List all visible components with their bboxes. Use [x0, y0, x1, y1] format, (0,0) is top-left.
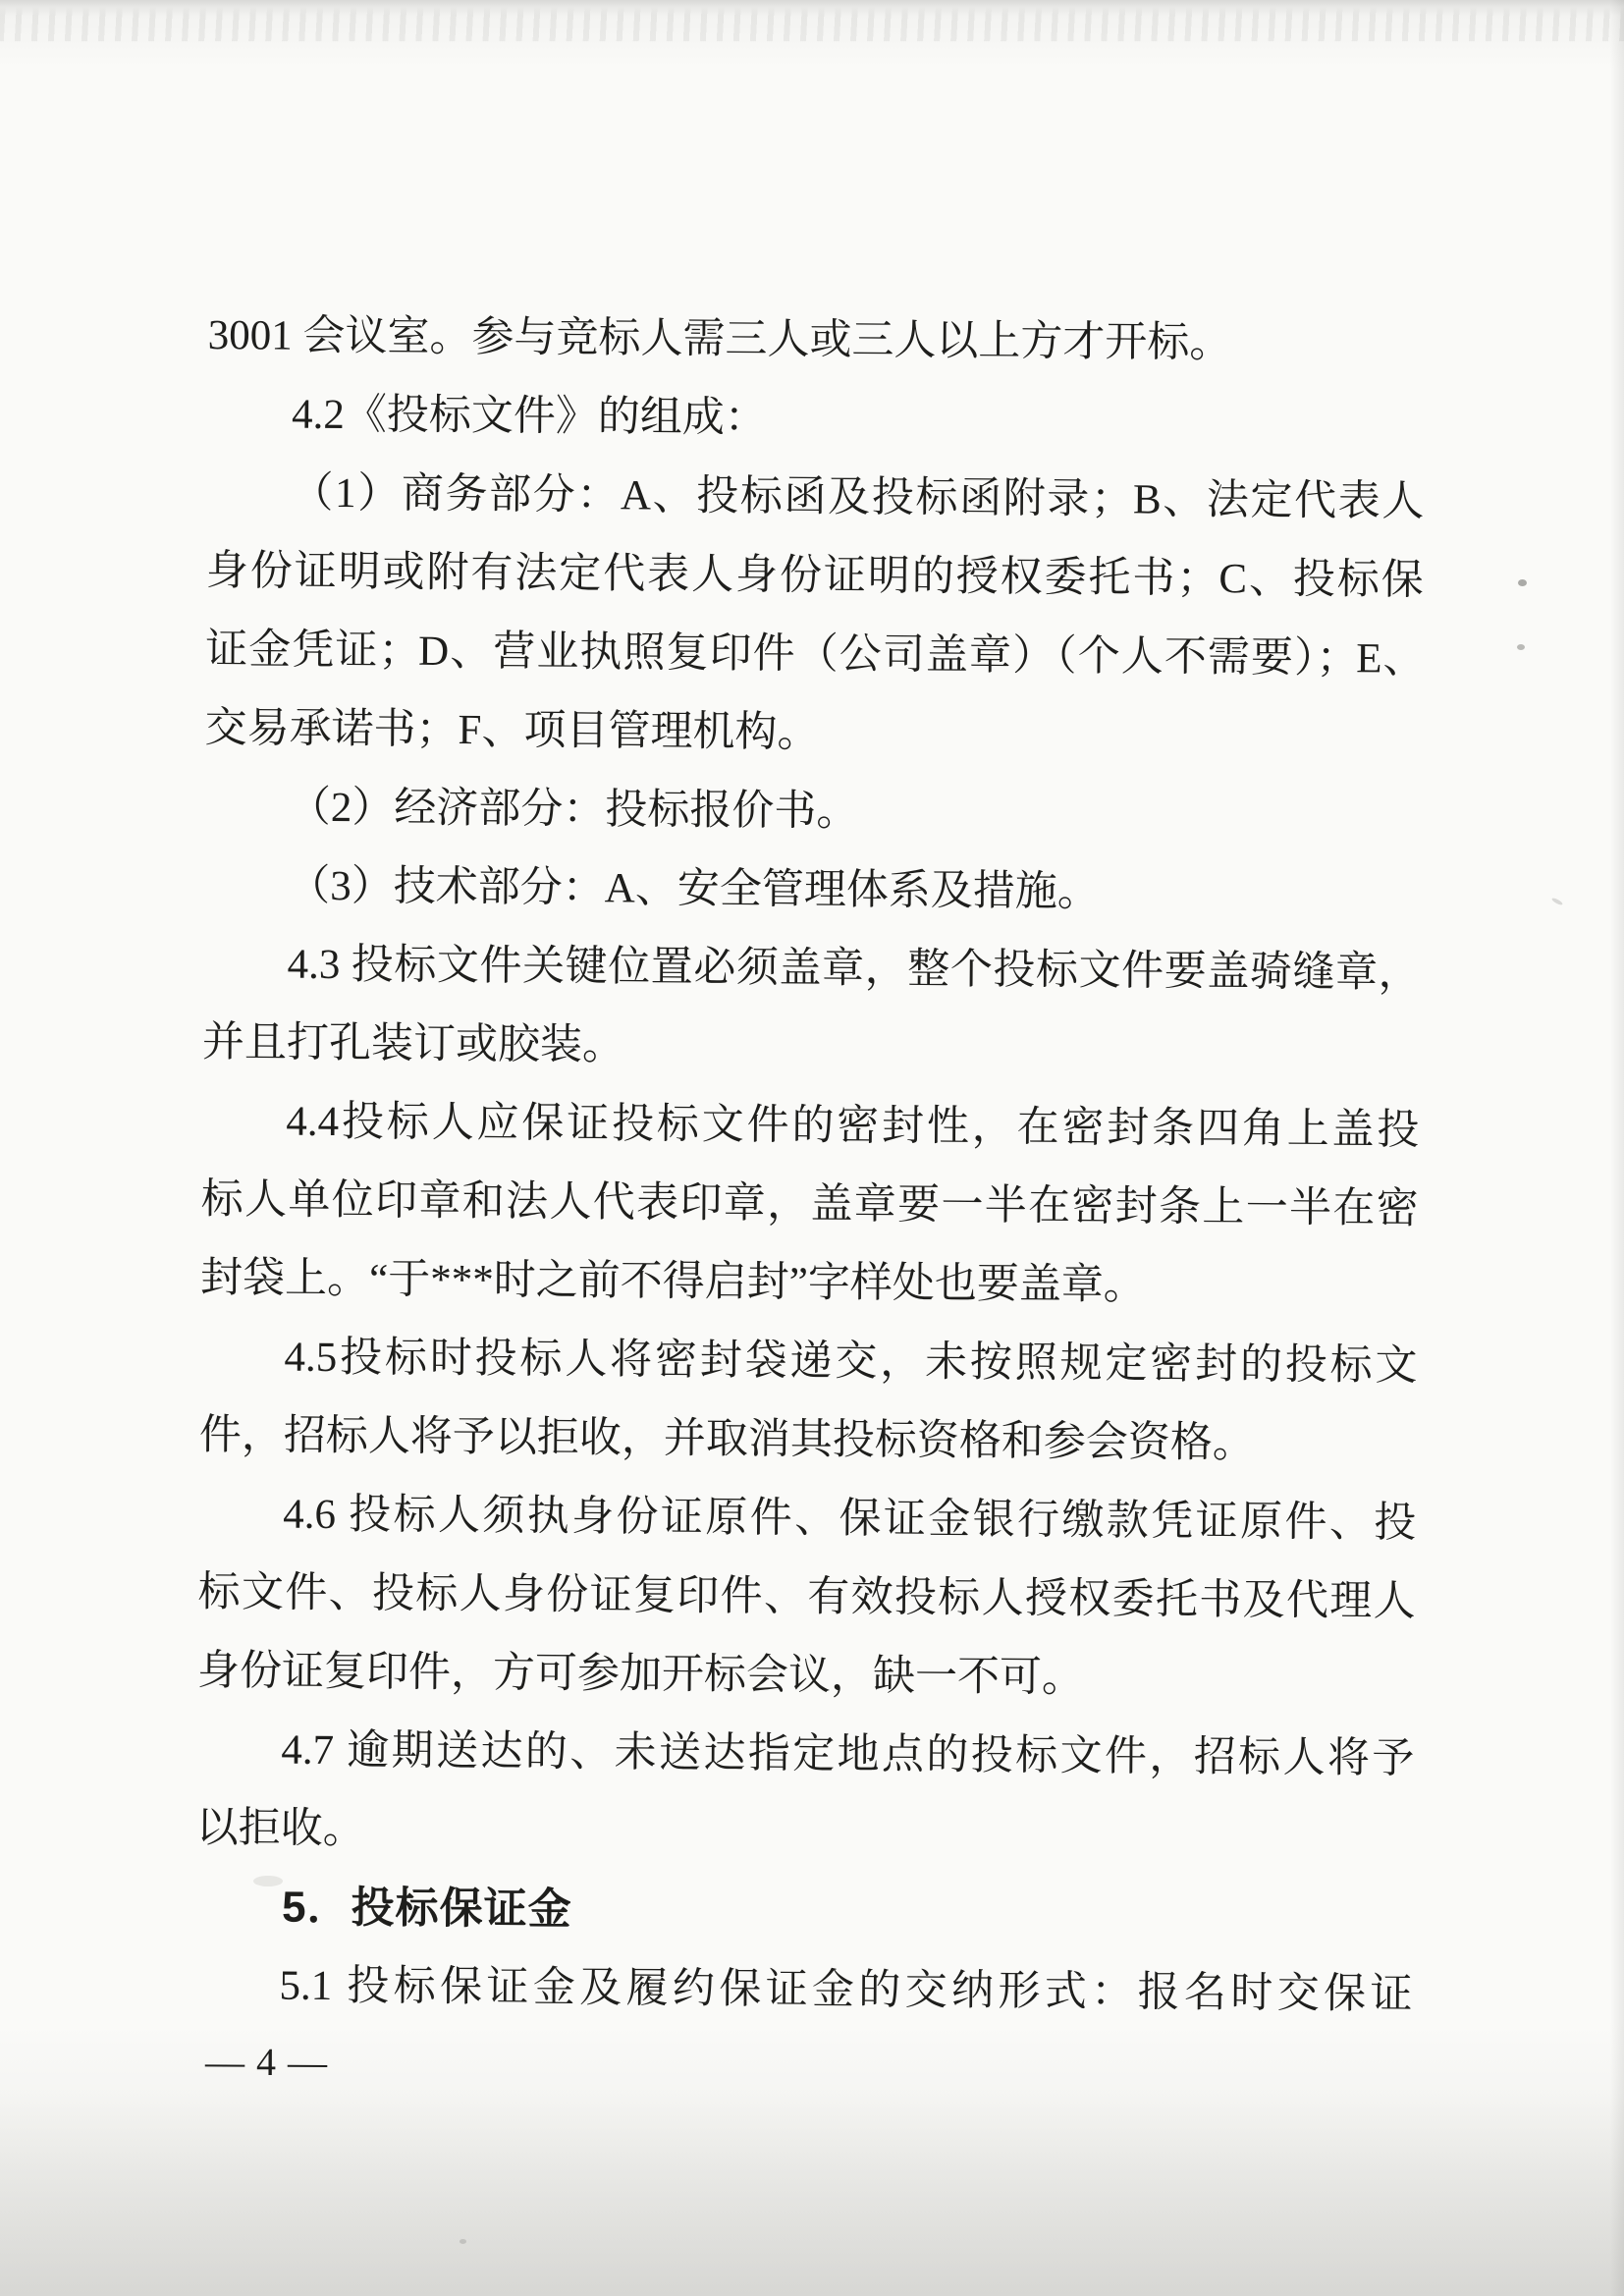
text-line: （2）经济部分：投标报价书。 — [204, 768, 1423, 856]
text-line: 4.3 投标文件关键位置必须盖章，整个投标文件要盖骑缝章， — [202, 925, 1421, 1013]
scan-speck — [1551, 897, 1563, 905]
text-line: 并且打孔装订或胶装。 — [202, 1004, 1421, 1092]
text-line: 身份证明或附有法定代表人身份证明的授权委托书；C、投标保 — [205, 532, 1424, 621]
text-line: 4.5投标时投标人将密封袋递交，未按照规定密封的投标文 — [199, 1318, 1418, 1406]
document-body: 3001 会议室。参与竞标人需三人或三人以上方才开标。 4.2《投标文件》的组成… — [194, 297, 1426, 2035]
text-line: （1）商务部分：A、投标函及投标函附录；B、法定代表人 — [206, 454, 1425, 542]
text-line: 4.6 投标人须执身份证原件、保证金银行缴款凭证原件、投 — [198, 1475, 1417, 1563]
text-line: 3001 会议室。参与竞标人需三人或三人以上方才开标。 — [207, 297, 1426, 385]
text-line: 4.4投标人应保证投标文件的密封性，在密封条四角上盖投 — [201, 1082, 1420, 1171]
text-line: 封袋上。“于***时之前不得启封”字样处也要盖章。 — [200, 1239, 1419, 1328]
text-line: 身份证复印件，方可参加开标会议，缺一不可。 — [197, 1632, 1416, 1721]
text-line: 标人单位印章和法人代表印章，盖章要一半在密封条上一半在密 — [200, 1161, 1419, 1249]
text-line: 5.1 投标保证金及履约保证金的交纳形式：报名时交保证 — [194, 1946, 1413, 2035]
text-line: 证金凭证；D、营业执照复印件（公司盖章）（个人不需要）；E、 — [205, 611, 1424, 699]
text-line: 4.7 逾期送达的、未送达指定地点的投标文件，招标人将予 — [196, 1711, 1415, 1799]
text-line: 4.2《投标文件》的组成： — [207, 375, 1426, 464]
text-line: （3）技术部分：A、安全管理体系及措施。 — [203, 847, 1422, 935]
scan-speck — [460, 2239, 466, 2244]
scan-speck — [253, 1876, 283, 1886]
text-line: 标文件、投标人身份证复印件、有效投标人授权委托书及代理人 — [197, 1554, 1416, 1642]
document-page: 3001 会议室。参与竞标人需三人或三人以上方才开标。 4.2《投标文件》的组成… — [0, 0, 1624, 2296]
text-line: 交易承诺书；F、项目管理机构。 — [204, 689, 1423, 778]
text-line: 以拒收。 — [195, 1789, 1414, 1878]
section-heading: 5．投标保证金 — [195, 1868, 1414, 1956]
scan-speck — [1517, 644, 1525, 650]
text-line: 件，招标人将予以拒收，并取消其投标资格和参会资格。 — [199, 1396, 1418, 1485]
page-number: — 4 — — [205, 2033, 328, 2092]
scan-speck — [1518, 579, 1527, 586]
scan-edge-right — [1610, 0, 1624, 2296]
